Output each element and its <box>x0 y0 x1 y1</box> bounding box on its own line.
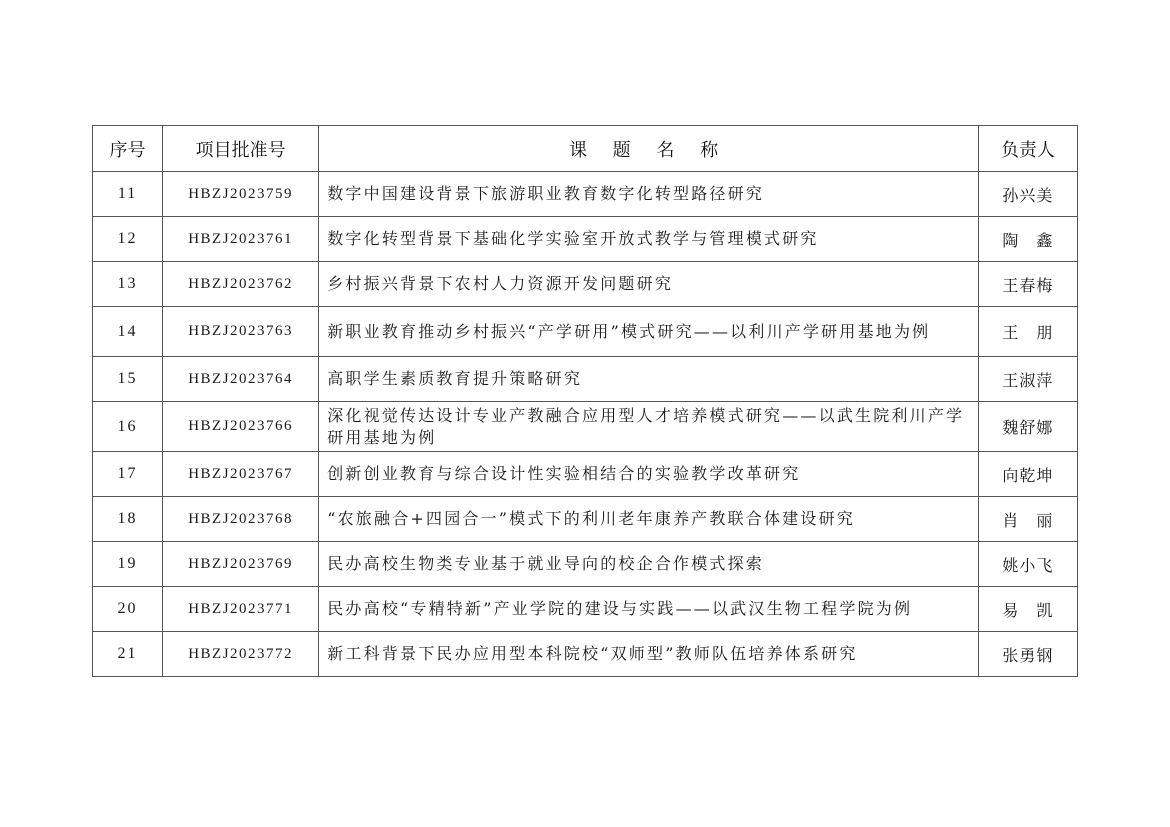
table-row: 17 HBZJ2023767 创新创业教育与综合设计性实验相结合的实验教学改革研… <box>93 452 1078 497</box>
serial-number: 12 <box>93 217 163 262</box>
serial-number: 20 <box>93 587 163 632</box>
project-list-table: 序号 项目批准号 课 题 名 称 负责人 11 HBZJ2023759 数字中国… <box>92 125 1078 677</box>
project-title: “农旅融合+四园合一”模式下的利川老年康养产教联合体建设研究 <box>319 497 979 542</box>
person-in-charge: 王淑萍 <box>978 357 1077 402</box>
table-row: 19 HBZJ2023769 民办高校生物类专业基于就业导向的校企合作模式探索 … <box>93 542 1078 587</box>
approval-number: HBZJ2023759 <box>163 172 319 217</box>
person-in-charge: 王春梅 <box>978 262 1077 307</box>
table-row: 13 HBZJ2023762 乡村振兴背景下农村人力资源开发问题研究 王春梅 <box>93 262 1078 307</box>
project-title: 创新创业教育与综合设计性实验相结合的实验教学改革研究 <box>319 452 979 497</box>
header-approval-number: 项目批准号 <box>163 126 319 172</box>
person-in-charge: 王 朋 <box>978 307 1077 357</box>
table-row: 18 HBZJ2023768 “农旅融合+四园合一”模式下的利川老年康养产教联合… <box>93 497 1078 542</box>
project-title: 乡村振兴背景下农村人力资源开发问题研究 <box>319 262 979 307</box>
header-project-title: 课 题 名 称 <box>319 126 979 172</box>
person-in-charge: 魏舒娜 <box>978 402 1077 452</box>
approval-number: HBZJ2023767 <box>163 452 319 497</box>
serial-number: 16 <box>93 402 163 452</box>
serial-number: 19 <box>93 542 163 587</box>
project-title: 数字中国建设背景下旅游职业教育数字化转型路径研究 <box>319 172 979 217</box>
project-title: 民办高校“专精特新”产业学院的建设与实践——以武汉生物工程学院为例 <box>319 587 979 632</box>
project-title: 高职学生素质教育提升策略研究 <box>319 357 979 402</box>
serial-number: 15 <box>93 357 163 402</box>
person-in-charge: 姚小飞 <box>978 542 1077 587</box>
person-in-charge: 张勇钢 <box>978 632 1077 677</box>
project-title: 深化视觉传达设计专业产教融合应用型人才培养模式研究——以武生院利川产学研用基地为… <box>319 402 979 452</box>
table-row: 14 HBZJ2023763 新职业教育推动乡村振兴“产学研用”模式研究——以利… <box>93 307 1078 357</box>
serial-number: 21 <box>93 632 163 677</box>
approval-number: HBZJ2023766 <box>163 402 319 452</box>
header-serial-number: 序号 <box>93 126 163 172</box>
approval-number: HBZJ2023763 <box>163 307 319 357</box>
table-row: 20 HBZJ2023771 民办高校“专精特新”产业学院的建设与实践——以武汉… <box>93 587 1078 632</box>
table-row: 11 HBZJ2023759 数字中国建设背景下旅游职业教育数字化转型路径研究 … <box>93 172 1078 217</box>
serial-number: 14 <box>93 307 163 357</box>
approval-number: HBZJ2023764 <box>163 357 319 402</box>
serial-number: 17 <box>93 452 163 497</box>
table-row: 12 HBZJ2023761 数字化转型背景下基础化学实验室开放式教学与管理模式… <box>93 217 1078 262</box>
table-header-row: 序号 项目批准号 课 题 名 称 负责人 <box>93 126 1078 172</box>
table-row: 21 HBZJ2023772 新工科背景下民办应用型本科院校“双师型”教师队伍培… <box>93 632 1078 677</box>
table-row: 15 HBZJ2023764 高职学生素质教育提升策略研究 王淑萍 <box>93 357 1078 402</box>
serial-number: 11 <box>93 172 163 217</box>
project-title: 数字化转型背景下基础化学实验室开放式教学与管理模式研究 <box>319 217 979 262</box>
approval-number: HBZJ2023772 <box>163 632 319 677</box>
person-in-charge: 孙兴美 <box>978 172 1077 217</box>
project-title: 新职业教育推动乡村振兴“产学研用”模式研究——以利川产学研用基地为例 <box>319 307 979 357</box>
table-row: 16 HBZJ2023766 深化视觉传达设计专业产教融合应用型人才培养模式研究… <box>93 402 1078 452</box>
approval-number: HBZJ2023771 <box>163 587 319 632</box>
project-title: 新工科背景下民办应用型本科院校“双师型”教师队伍培养体系研究 <box>319 632 979 677</box>
approval-number: HBZJ2023761 <box>163 217 319 262</box>
approval-number: HBZJ2023769 <box>163 542 319 587</box>
header-person-in-charge: 负责人 <box>978 126 1077 172</box>
person-in-charge: 陶 鑫 <box>978 217 1077 262</box>
project-title: 民办高校生物类专业基于就业导向的校企合作模式探索 <box>319 542 979 587</box>
person-in-charge: 向乾坤 <box>978 452 1077 497</box>
serial-number: 18 <box>93 497 163 542</box>
approval-number: HBZJ2023768 <box>163 497 319 542</box>
approval-number: HBZJ2023762 <box>163 262 319 307</box>
serial-number: 13 <box>93 262 163 307</box>
person-in-charge: 肖 丽 <box>978 497 1077 542</box>
person-in-charge: 易 凯 <box>978 587 1077 632</box>
